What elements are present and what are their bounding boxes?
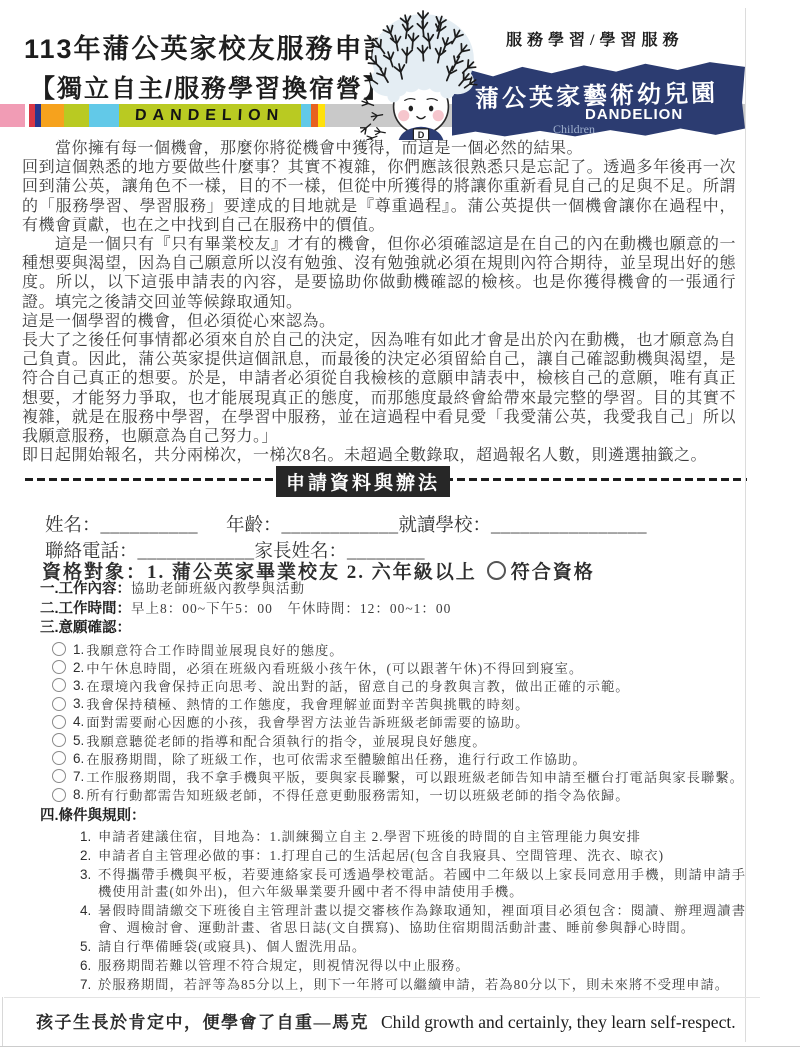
- checklist-item: 1.我願意符合工作時間並展現良好的態度。: [40, 640, 746, 658]
- page-edge-line-bottom: [0, 1046, 800, 1047]
- check-circle[interactable]: [52, 715, 66, 729]
- rule-item: 2.申請者自主管理必做的事：1.打理自己的生活起居(包含自我寢具、空間管理、洗衣…: [80, 847, 746, 864]
- name-label: 姓名：: [45, 511, 101, 537]
- checklist-item-text: 我會保持積極、熱情的工作態度，我會理解並面對辛苦與挑戰的時刻。: [86, 694, 529, 713]
- intro-paragraph: 這是一個學習的機會，但必須從心來認為。: [22, 312, 736, 331]
- name-field-blank[interactable]: __________: [101, 516, 199, 537]
- section-title: 工作內容：: [59, 581, 132, 597]
- section-4-conditions: 四.條件與規則：: [40, 809, 746, 824]
- stripe-segment: [89, 104, 119, 127]
- section-2-work-hours: 二.工作時間：早上8：00~下午5：00 午休時間：12：00~1：00: [40, 601, 746, 617]
- intro-paragraph: 回到這個熟悉的地方要做些什麼事？其實不複雜，你們應該很熟悉只是忘記了。透過多年後…: [22, 158, 736, 235]
- rule-text: 服務期間若難以管理不符合規定，則視情況得以中止服務。: [98, 957, 746, 974]
- checklist-item: 5.我願意聽從老師的指導和配合須執行的指令，並展現良好態度。: [40, 731, 746, 749]
- checklist-item-text: 我願意聽從老師的指導和配合須執行的指令，並展現良好態度。: [86, 731, 486, 750]
- footer-quote-en: Child growth and certainly, they learn s…: [381, 1012, 736, 1033]
- stripe-dandelion-label: DANDELION: [135, 107, 285, 125]
- check-circle[interactable]: [52, 660, 66, 674]
- rule-text: 不得攜帶手機與平板，若要連絡家長可透過學校電話。若國中二年級以上家長同意用手機，…: [98, 866, 746, 900]
- rule-number: 2.: [80, 847, 98, 864]
- section-number: 一.: [40, 581, 59, 597]
- intro-paragraph: 長大了之後任何事情都必須來自於自己的決定，因為唯有如此才會是出於內在動機，也才願…: [22, 331, 736, 446]
- svg-text:D: D: [418, 130, 425, 140]
- intro-paragraph: 這是一個只有『只有畢業校友』才有的機會，但你必須確認這是在自己的內在動機也願意的…: [22, 235, 736, 312]
- section-1-work-content: 一.工作內容：協助老師班級內教學與活動: [40, 581, 746, 597]
- footer-quote: 孩子生長於肯定中，便學會了自重—馬克 Child growth and cert…: [36, 1008, 736, 1033]
- intro-paragraph: 當你擁有每一個機會，那麼你將從機會中獲得，而這是一個必然的結果。: [22, 139, 736, 158]
- check-circle[interactable]: [52, 751, 66, 765]
- checklist-item-number: 2.: [73, 660, 84, 675]
- dandelion-child-mascot-illustration: D: [360, 10, 482, 140]
- stripe-segment: [318, 104, 325, 127]
- qualification-check-label: 符合資格: [511, 557, 595, 584]
- section-title-badge: 申請資料與辦法: [276, 466, 450, 497]
- rule-item: 5.請自行準備睡袋(或寢具)、個人盥洗用品。: [80, 938, 746, 955]
- rule-number: 4.: [80, 902, 98, 936]
- qualification-label: 資格對象：: [42, 557, 147, 584]
- page-edge-line-footer-top: [4, 997, 760, 998]
- checklist-item-number: 3.: [73, 696, 84, 711]
- application-form-page: 113年蒲公英家校友服務申請表 【獨立自主/服務學習換宿營】 服務學習/學習服務…: [0, 0, 800, 1050]
- checklist-item: 4.面對需要耐心因應的小孩，我會學習方法並告訴班級老師需要的協助。: [40, 713, 746, 731]
- page-edge-line-left: [2, 997, 3, 1046]
- checklist-item: 7.工作服務期間，我不拿手機與平版，要與家長聯繫，可以跟班級老師告知申請至櫃台打…: [40, 767, 746, 785]
- school-name-children: Children: [553, 122, 595, 137]
- checklist-item-text: 在服務期間，除了班級工作，也可依需求至體驗館出任務，進行行政工作協助。: [86, 749, 586, 768]
- checklist-item: 6.在服務期間，除了班級工作，也可依需求至體驗館出任務，進行行政工作協助。: [40, 749, 746, 767]
- conditions-rule-list: 1.申請者建議住宿，目地為：1.訓練獨立自主 2.學習下班後的時間的自主管理能力…: [40, 828, 746, 993]
- footer-quote-zh: 孩子生長於肯定中，便學會了自重—馬克: [36, 1008, 369, 1033]
- rule-text: 申請者建議住宿，目地為：1.訓練獨立自主 2.學習下班後的時間的自主管理能力與安…: [98, 828, 746, 845]
- page-subtitle: 【獨立自主/服務學習換宿營】: [30, 69, 390, 105]
- checklist-item-number: 1.: [73, 642, 84, 657]
- checklist-item-number: 4.: [73, 714, 84, 729]
- page-edge-line-right: [745, 8, 746, 1042]
- checklist-item-text: 所有行動都需告知班級老師，不得任意更動服務需知，一切以班級老師的指令為依歸。: [86, 785, 629, 804]
- checklist-item-number: 7.: [73, 769, 84, 784]
- age-label: 年齡：: [226, 511, 282, 537]
- rule-text: 申請者自主管理必做的事：1.打理自己的生活起居(包含自我寢具、空間管理、洗衣、晾…: [98, 847, 746, 864]
- qualified-check-circle[interactable]: [487, 561, 506, 580]
- rule-item: 1.申請者建議住宿，目地為：1.訓練獨立自主 2.學習下班後的時間的自主管理能力…: [80, 828, 746, 845]
- applicant-form: 姓名：__________年齡：____________就讀學校：_______…: [45, 511, 745, 563]
- school-banner: 蒲公英家藝術幼兒園 Children DANDELION: [452, 59, 745, 138]
- rule-item: 7.於服務期間，若評等為85分以上，則下一年將可以繼續申請，若為80分以下，則未…: [80, 976, 746, 993]
- stripe-segment: [301, 104, 311, 127]
- checklist-item-text: 工作服務期間，我不拿手機與平版，要與家長聯繫，可以跟班級老師告知申請至櫃台打電話…: [86, 767, 744, 786]
- stripe-segment: [311, 104, 318, 127]
- section-content: 早上8：00~下午5：00 午休時間：12：00~1：00: [131, 601, 451, 616]
- checklist-item: 2.中午休息時間，必須在班級內看班級小孩午休，(可以跟著午休)不得回到寢室。: [40, 658, 746, 676]
- stripe-segment: [41, 104, 64, 127]
- check-circle[interactable]: [52, 733, 66, 747]
- check-circle[interactable]: [52, 788, 66, 802]
- stripe-segment: DANDELION: [119, 104, 301, 127]
- section-title: 工作時間：: [59, 601, 132, 617]
- section-title: 條件與規則：: [59, 808, 146, 824]
- registration-notice: 即日起開始報名，共分兩梯次，一梯次8名。未超過全數錄取，超過報名人數，則遴選抽籤…: [22, 446, 736, 465]
- checklist-item-number: 5.: [73, 733, 84, 748]
- section-content: 協助老師班級內教學與活動: [131, 581, 305, 596]
- section-title: 意願確認：: [59, 620, 132, 636]
- qualification-row: 資格對象：1. 蒲公英家畢業校友 2. 六年級以上符合資格: [42, 557, 595, 584]
- age-field-blank[interactable]: ____________: [282, 516, 399, 537]
- rule-text: 暑假時間請繳交下班後自主管理計畫以提交審核作為錄取通知，裡面項目必須包含：閱讀、…: [98, 902, 746, 936]
- checklist-item: 3.我會保持積極、熱情的工作態度，我會理解並面對辛苦與挑戰的時刻。: [40, 695, 746, 713]
- check-circle[interactable]: [52, 769, 66, 783]
- rule-item: 4.暑假時間請繳交下班後自主管理計畫以提交審核作為錄取通知，裡面項目必須包含：閱…: [80, 902, 746, 936]
- check-circle[interactable]: [52, 697, 66, 711]
- rule-item: 6.服務期間若難以管理不符合規定，則視情況得以中止服務。: [80, 957, 746, 974]
- school-field-blank[interactable]: ________________: [491, 516, 647, 537]
- section-3-willingness: 三.意願確認：: [40, 621, 746, 636]
- checklist-item-text: 在環境內我會保持正向思考、說出對的話，留意自己的身教與言教，做出正確的示範。: [86, 676, 629, 695]
- rule-item: 3.不得攜帶手機與平板，若要連絡家長可透過學校電話。若國中二年級以上家長同意用手…: [80, 866, 746, 900]
- checklist-item-text: 我願意符合工作時間並展現良好的態度。: [86, 640, 343, 659]
- checklist-item-text: 面對需要耐心因應的小孩，我會學習方法並告訴班級老師需要的協助。: [86, 712, 529, 731]
- qualification-text: 1. 蒲公英家畢業校友 2. 六年級以上: [147, 557, 477, 584]
- rule-number: 6.: [80, 957, 98, 974]
- checklist-item-text: 中午休息時間，必須在班級內看班級小孩午休，(可以跟著午休)不得回到寢室。: [86, 658, 583, 677]
- rule-number: 1.: [80, 828, 98, 845]
- check-circle[interactable]: [52, 642, 66, 656]
- rule-text: 於服務期間，若評等為85分以上，則下一年將可以繼續申請，若為80分以下，則未來將…: [98, 976, 746, 993]
- stripe-segment: [64, 104, 89, 127]
- stripe-segment: [0, 104, 25, 127]
- checklist-item: 3.在環境內我會保持正向思考、說出對的話，留意自己的身教與言教，做出正確的示範。: [40, 676, 746, 694]
- checklist-item-number: 3.: [73, 678, 84, 693]
- rules-sections: 一.工作內容：協助老師班級內教學與活動 二.工作時間：早上8：00~下午5：00…: [40, 581, 746, 995]
- school-name-en: DANDELION: [585, 106, 683, 123]
- check-circle[interactable]: [52, 678, 66, 692]
- school-label: 就讀學校：: [399, 511, 492, 537]
- section-number: 四.: [40, 808, 59, 824]
- form-row-1: 姓名：__________年齡：____________就讀學校：_______…: [45, 511, 745, 535]
- section-number: 二.: [40, 601, 59, 617]
- checklist-item-number: 8.: [73, 787, 84, 802]
- service-tagline: 服務學習/學習服務: [506, 27, 683, 50]
- rule-number: 5.: [80, 938, 98, 955]
- rule-number: 7.: [80, 976, 98, 993]
- checklist-item: 8.所有行動都需告知班級老師，不得任意更動服務需知，一切以班級老師的指令為依歸。: [40, 786, 746, 804]
- section-number: 三.: [40, 620, 59, 636]
- rule-text: 請自行準備睡袋(或寢具)、個人盥洗用品。: [98, 938, 746, 955]
- intro-text-block: 當你擁有每一個機會，那麼你將從機會中獲得，而這是一個必然的結果。 回到這個熟悉的…: [22, 139, 736, 465]
- rule-number: 3.: [80, 866, 98, 900]
- checklist-item-number: 6.: [73, 751, 84, 766]
